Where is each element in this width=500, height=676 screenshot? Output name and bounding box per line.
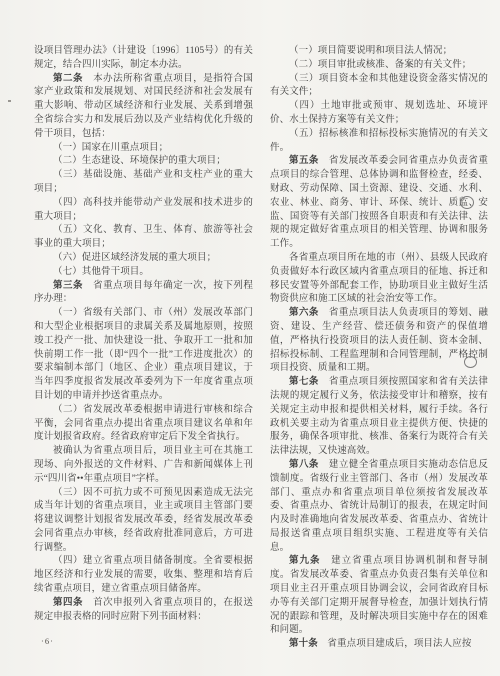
paragraph: （二）生态建设、环境保护的重大项目； [34, 155, 253, 169]
ring-artifact-top [460, 196, 474, 209]
paragraph: （一）项目简要说明和项目法人情况； [270, 45, 488, 59]
page-number: ·6· [41, 636, 54, 646]
paragraph: （一）省级有关部门、市（州）发展改革部门和大型企业根据项目的隶属关系及属地原则，… [34, 307, 253, 404]
article-number: 第五条 [289, 156, 319, 166]
paragraph: （五）招标核准和招标投标实施情况的有关文件。 [270, 128, 488, 156]
paragraph: 第四条 首次申报列入省重点项目的，在报送规定申报表格的同时应附下列书面材料： [34, 597, 253, 625]
right-text-column: （一）项目简要说明和项目法人情况；（二）项目审批或核准、备案的有关文件；（三）项… [270, 45, 488, 652]
paragraph: 第七条 省重点项目须按照国家和省有关法律法规的规定履行义务，依法接受审计和稽察，… [270, 376, 488, 459]
paragraph: （二）省发展改革委根据申请进行审核和综合平衡，会同省重点办提出省重点项目建议名单… [34, 404, 253, 445]
ring-artifact-bottom [464, 356, 477, 368]
article-number: 第八条 [289, 460, 319, 470]
document-page: 设项目管理办法》（计建设〔1996〕1105号）的有关规定，结合四川实际，制定本… [0, 0, 500, 676]
paragraph: 第九条 建立省重点项目协调机制和督导制度。省发展改革委、省重点办负责召集有关单位… [270, 555, 488, 638]
paragraph: （一）国家在川重点项目； [34, 142, 253, 156]
article-number: 第十条 [289, 639, 318, 649]
paragraph: 设项目管理办法》（计建设〔1996〕1105号）的有关规定，结合四川实际，制定本… [34, 45, 253, 73]
article-number: 第六条 [289, 308, 319, 318]
paragraph: 第二条 本办法所称省重点项目，是指符合国家产业政策和发展规划、对国民经济和社会发… [34, 73, 253, 142]
article-number: 第二条 [53, 74, 83, 84]
article-number: 第九条 [289, 556, 321, 566]
article-number: 第四条 [53, 598, 83, 608]
scan-speck [8, 100, 11, 102]
paragraph: （三）项目资本金和其他建设资金落实情况的有关文件； [270, 73, 488, 101]
paragraph: （二）项目审批或核准、备案的有关文件； [270, 59, 488, 73]
paragraph: 第八条 建立健全省重点项目实施动态信息反馈制度。省级行业主管部门、各市（州）发展… [270, 459, 488, 556]
paragraph: （三）因不可抗力或不可预见因素造成无法完成当年计划的省重点项目，业主或项目主管部… [34, 487, 253, 556]
paragraph: （四）建立省重点项目储备制度。全省要根据地区经济和行业发展的需要，收集、整理和培… [34, 555, 253, 596]
article-number: 第七条 [289, 377, 319, 387]
paragraph: 第五条 省发展改革委会同省重点办负责省重点项目的综合管理、总体协调和监督检查，经… [270, 155, 488, 252]
paragraph: （四）高科技并能带动产业发展和技术进步的重大项目； [34, 197, 253, 225]
paragraph: （七）其他骨干项目。 [34, 266, 253, 280]
paragraph: 各省重点项目所在地的市（州）、县级人民政府负责做好本行政区域内省重点项目的征地、… [270, 252, 488, 307]
paragraph: 被确认为省重点项目后，项目业主可在其施工现场、向外报送的文件材料、广告和新闻媒体… [34, 445, 253, 486]
paragraph: （六）促进区域经济发展的重大项目； [34, 252, 253, 266]
left-text-column: 设项目管理办法》（计建设〔1996〕1105号）的有关规定，结合四川实际，制定本… [34, 45, 253, 624]
paragraph: 第六条 省重点项目法人负责项目的筹划、融资、建设、生产经营、偿还债务和资产的保值… [270, 307, 488, 376]
paragraph: （三）基础设施、基础产业和支柱产业的重大项目； [34, 169, 253, 197]
paragraph: 第三条 省重点项目每年确定一次，按下列程序办理： [34, 280, 253, 308]
paragraph: 第十条 省重点项目建成后，项目法人应按 [270, 638, 488, 652]
article-number: 第三条 [53, 281, 83, 291]
paragraph: （五）文化、教育、卫生、体育、旅游等社会事业的重大项目； [34, 224, 253, 252]
paragraph: （四）土地审批或预审、规划选址、环境评价、水土保持方案等有关文件； [270, 100, 488, 128]
